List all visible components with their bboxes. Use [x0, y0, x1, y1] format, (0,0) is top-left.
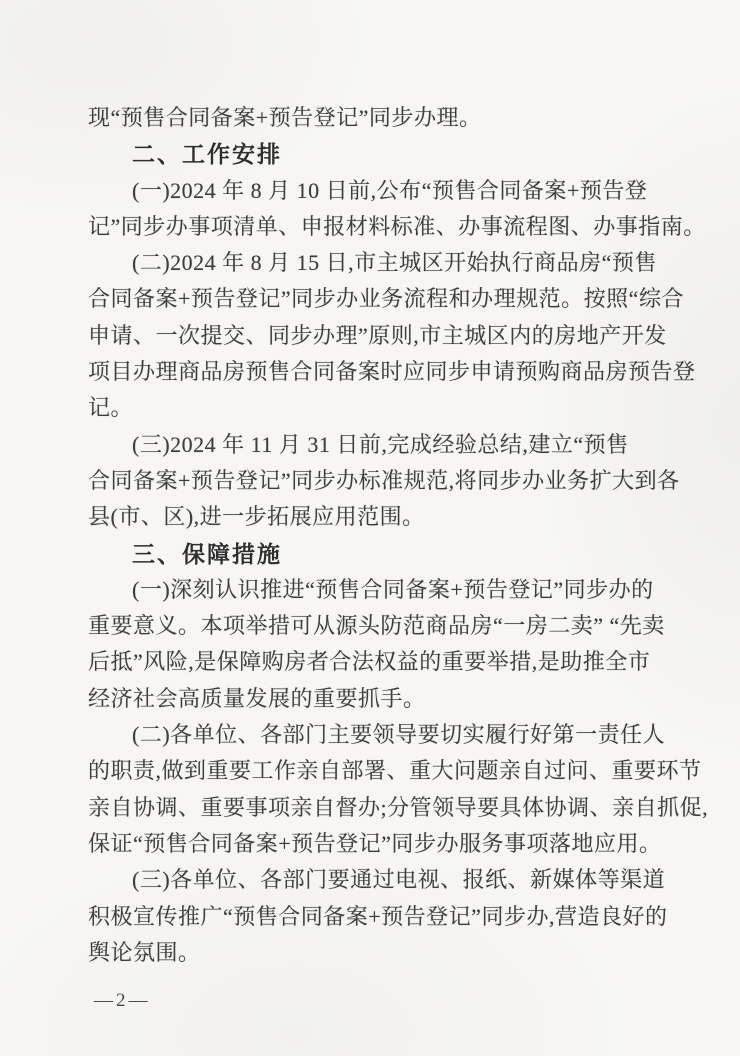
paragraph-start: (二)2024 年 8 月 15 日,市主城区开始执行商品房“预售: [88, 245, 663, 281]
body-line: 舆论氛围。: [88, 935, 663, 971]
body-line: 的职责,做到重要工作亲自部署、重大问题亲自过问、重要环节: [88, 753, 663, 789]
body-line: 重要意义。本项举措可从源头防范商品房“一房二卖” “先卖: [88, 608, 663, 644]
paragraph-start: (二)各单位、各部门主要领导要切实履行好第一责任人: [88, 717, 663, 753]
scanned-document-page: 现“预售合同备案+预告登记”同步办理。 二、工作安排 (一)2024 年 8 月…: [0, 0, 740, 1056]
body-line: 记。: [88, 390, 663, 426]
section-heading-work-arrangement: 二、工作安排: [88, 136, 663, 172]
paragraph-start: (三)2024 年 11 月 31 日前,完成经验总结,建立“预售: [88, 427, 663, 463]
body-line: 申请、一次提交、同步办理”原则,市主城区内的房地产开发: [88, 318, 663, 354]
body-line: 保证“预售合同备案+预告登记”同步办服务事项落地应用。: [88, 826, 663, 862]
body-line: 合同备案+预告登记”同步办业务流程和办理规范。按照“综合: [88, 281, 663, 317]
body-line: 合同备案+预告登记”同步办标准规范,将同步办业务扩大到各: [88, 463, 663, 499]
document-body: 现“预售合同备案+预告登记”同步办理。 二、工作安排 (一)2024 年 8 月…: [88, 100, 663, 971]
page-number: —2—: [94, 990, 151, 1012]
body-line: 县(市、区),进一步拓展应用范围。: [88, 499, 663, 535]
section-heading-safeguard-measures: 三、保障措施: [88, 536, 663, 572]
body-line: 后抵”风险,是保障购房者合法权益的重要举措,是助推全市: [88, 644, 663, 680]
paragraph-start: (三)各单位、各部门要通过电视、报纸、新媒体等渠道: [88, 862, 663, 898]
body-line: 亲自协调、重要事项亲自督办;分管领导要具体协调、亲自抓促,: [88, 790, 663, 826]
body-line: 积极宣传推广“预售合同备案+预告登记”同步办,营造良好的: [88, 899, 663, 935]
body-line: 现“预售合同备案+预告登记”同步办理。: [88, 100, 663, 136]
paragraph-start: (一)2024 年 8 月 10 日前,公布“预售合同备案+预告登: [88, 173, 663, 209]
paragraph-start: (一)深刻认识推进“预售合同备案+预告登记”同步办的: [88, 572, 663, 608]
body-line: 记”同步办事项清单、申报材料标准、办事流程图、办事指南。: [88, 209, 663, 245]
body-line: 经济社会高质量发展的重要抓手。: [88, 681, 663, 717]
body-line: 项目办理商品房预售合同备案时应同步申请预购商品房预告登: [88, 354, 663, 390]
